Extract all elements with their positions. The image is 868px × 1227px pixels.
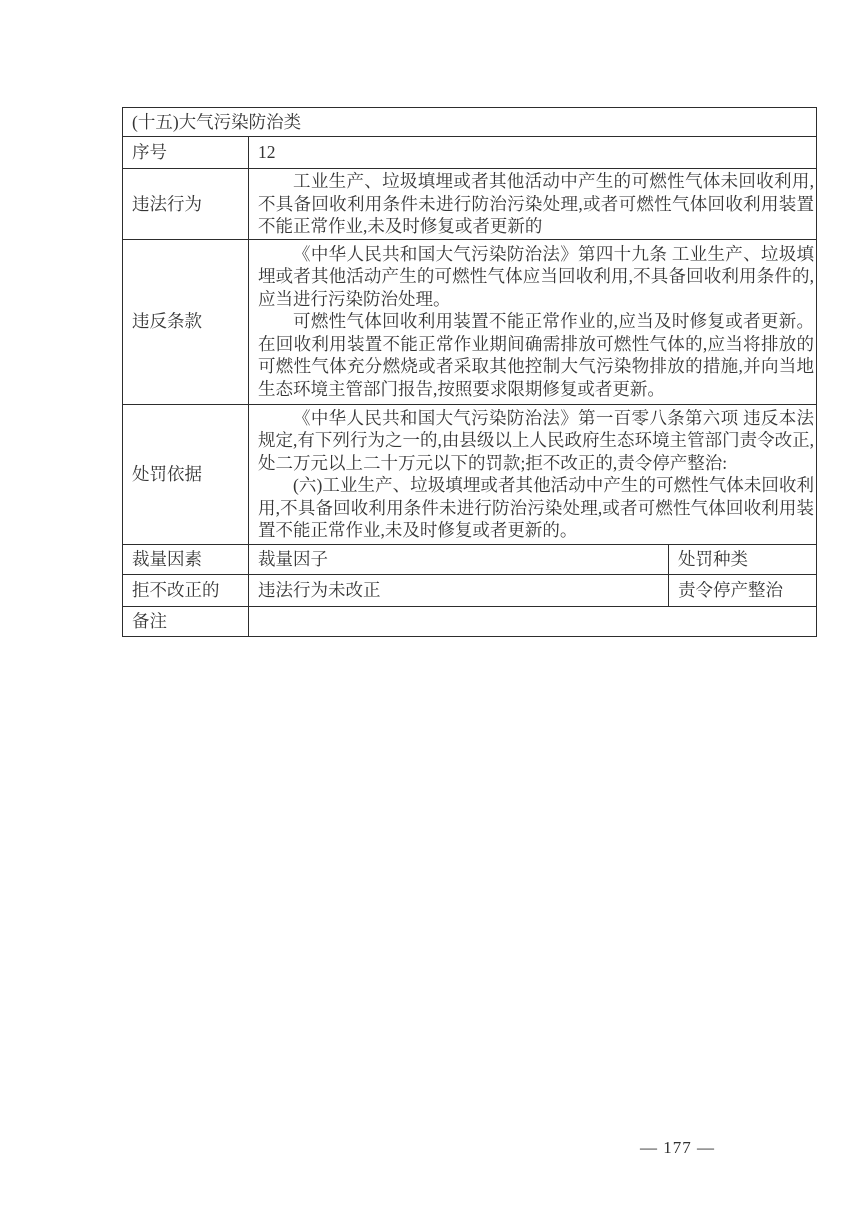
illegal-act-paragraph: 工业生产、垃圾填埋或者其他活动中产生的可燃性气体未回收利用,不具备回收利用条件未…	[258, 170, 814, 238]
penalty-basis-paragraph-2: (六)工业生产、垃圾填埋或者其他活动中产生的可燃性气体未回收利用,不具备回收利用…	[258, 474, 814, 542]
refuse-correct-factor: 违法行为未改正	[249, 574, 669, 606]
category-header: (十五)大气污染防治类	[123, 108, 817, 137]
penalty-basis-content: 《中华人民共和国大气污染防治法》第一百零八条第六项 违反本法规定,有下列行为之一…	[249, 404, 817, 544]
violated-clause-paragraph-2: 可燃性气体回收利用装置不能正常作业的,应当及时修复或者更新。在回收利用装置不能正…	[258, 310, 814, 400]
discretion-factor-column-header: 裁量因子	[249, 544, 669, 574]
penalty-basis-paragraph-1: 《中华人民共和国大气污染防治法》第一百零八条第六项 违反本法规定,有下列行为之一…	[258, 407, 814, 475]
penalty-basis-label: 处罚依据	[123, 404, 249, 544]
refuse-correct-label: 拒不改正的	[123, 574, 249, 606]
remarks-value	[249, 606, 817, 636]
table-row-category-header: (十五)大气污染防治类	[123, 108, 817, 137]
table-row-remarks: 备注	[123, 606, 817, 636]
illegal-act-content: 工业生产、垃圾填埋或者其他活动中产生的可燃性气体未回收利用,不具备回收利用条件未…	[249, 169, 817, 240]
remarks-label: 备注	[123, 606, 249, 636]
table-row-violated-clause: 违反条款 《中华人民共和国大气污染防治法》第四十九条 工业生产、垃圾填埋或者其他…	[123, 239, 817, 404]
page-number: — 177 —	[640, 1138, 740, 1158]
discretion-factor-label: 裁量因素	[123, 544, 249, 574]
penalty-table: (十五)大气污染防治类 序号 12 违法行为 工业生产、垃圾填埋或者其他活动中产…	[122, 107, 817, 637]
violated-clause-label: 违反条款	[123, 239, 249, 404]
violated-clause-content: 《中华人民共和国大气污染防治法》第四十九条 工业生产、垃圾填埋或者其他活动产生的…	[249, 239, 817, 404]
violated-clause-paragraph-1: 《中华人民共和国大气污染防治法》第四十九条 工业生产、垃圾填埋或者其他活动产生的…	[258, 243, 814, 311]
serial-label: 序号	[123, 137, 249, 169]
document-page: (十五)大气污染防治类 序号 12 违法行为 工业生产、垃圾填埋或者其他活动中产…	[0, 0, 868, 1227]
table-row-serial: 序号 12	[123, 137, 817, 169]
table-row-discretion-factor-header: 裁量因素 裁量因子 处罚种类	[123, 544, 817, 574]
illegal-act-label: 违法行为	[123, 169, 249, 240]
table-row-refuse-correct: 拒不改正的 违法行为未改正 责令停产整治	[123, 574, 817, 606]
serial-value: 12	[249, 137, 817, 169]
table-row-penalty-basis: 处罚依据 《中华人民共和国大气污染防治法》第一百零八条第六项 违反本法规定,有下…	[123, 404, 817, 544]
table-row-illegal-act: 违法行为 工业生产、垃圾填埋或者其他活动中产生的可燃性气体未回收利用,不具备回收…	[123, 169, 817, 240]
refuse-correct-penalty: 责令停产整治	[669, 574, 817, 606]
penalty-type-column-header: 处罚种类	[669, 544, 817, 574]
